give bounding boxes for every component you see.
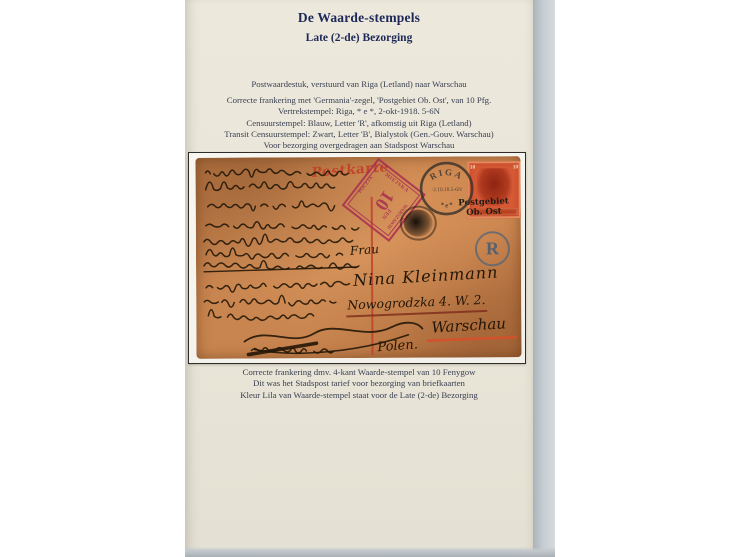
caption-line: Correcte frankering dmv. 4-kant Waarde-s… [199,367,519,378]
handwriting-stroke [206,247,349,259]
handwriting-stroke [208,201,335,212]
address-country: Polen. [377,337,418,355]
handwriting-stroke [206,221,359,231]
description-line: Transit Censuurstempel: Zwart, Letter 'B… [199,129,519,140]
footnote-line: Kleur Lila van Waarde-stempel staat voor… [199,390,519,400]
handwriting-stroke [206,281,349,292]
bialystok-censor-mark [400,206,437,241]
censor-smudge [404,210,433,237]
handwriting-stroke [208,309,313,320]
description-line: Correcte frankering met 'Germania'-zegel… [199,95,519,106]
description-group-3: Censuurstempel: Blauw, Letter 'R', afkom… [199,118,519,140]
photo-edge-strip [533,0,555,557]
postmark-city: RIGA [428,167,465,182]
svg-text:* e *: * e * [440,201,455,210]
description-line: Censuurstempel: Blauw, Letter 'R', afkom… [199,118,519,129]
photo-bottom-edge [185,547,555,557]
svg-text:RIGA: RIGA [428,167,465,182]
riga-censor-r-mark: R [475,231,510,266]
caption-group: Correcte frankering dmv. 4-kant Waarde-s… [199,367,519,389]
description-group-4: Voor bezorging overgedragen aan Stadspos… [199,140,519,151]
address-salutation: Frau [349,242,379,258]
album-photo: De Waarde-stempels Late (2-de) Bezorging… [0,0,740,557]
page-subtitle: Late (2-de) Bezorging [199,32,519,44]
postmark-date: -2.10.18.5-6N [431,187,462,193]
handwriting-stroke [206,168,348,177]
postcard: Postkarte MIEJSKA W WARSZAWIE POCZTA 10 … [195,156,521,359]
handwriting-stroke [206,181,335,190]
description-group-2: Correcte frankering met 'Germania'-zegel… [199,95,519,117]
caption-line: Dit was het Stadspost tarief voor bezorg… [199,378,519,389]
description-line: Vertrekstempel: Riga, * e *, 2-okt-1918.… [199,106,519,117]
handwriting-stroke [204,234,353,247]
description-line: Voor bezorging overgedragen aan Stadspos… [199,140,519,151]
postmark-code: * e * [440,201,455,210]
handwriting-stroke [204,295,336,307]
description-line: Postwaardestuk, verstuurd van Riga (Letl… [199,79,519,90]
description-group-1: Postwaardestuk, verstuurd van Riga (Letl… [199,79,519,90]
stamp-value-right: 10 [513,164,519,170]
page-title: De Waarde-stempels [199,10,519,26]
